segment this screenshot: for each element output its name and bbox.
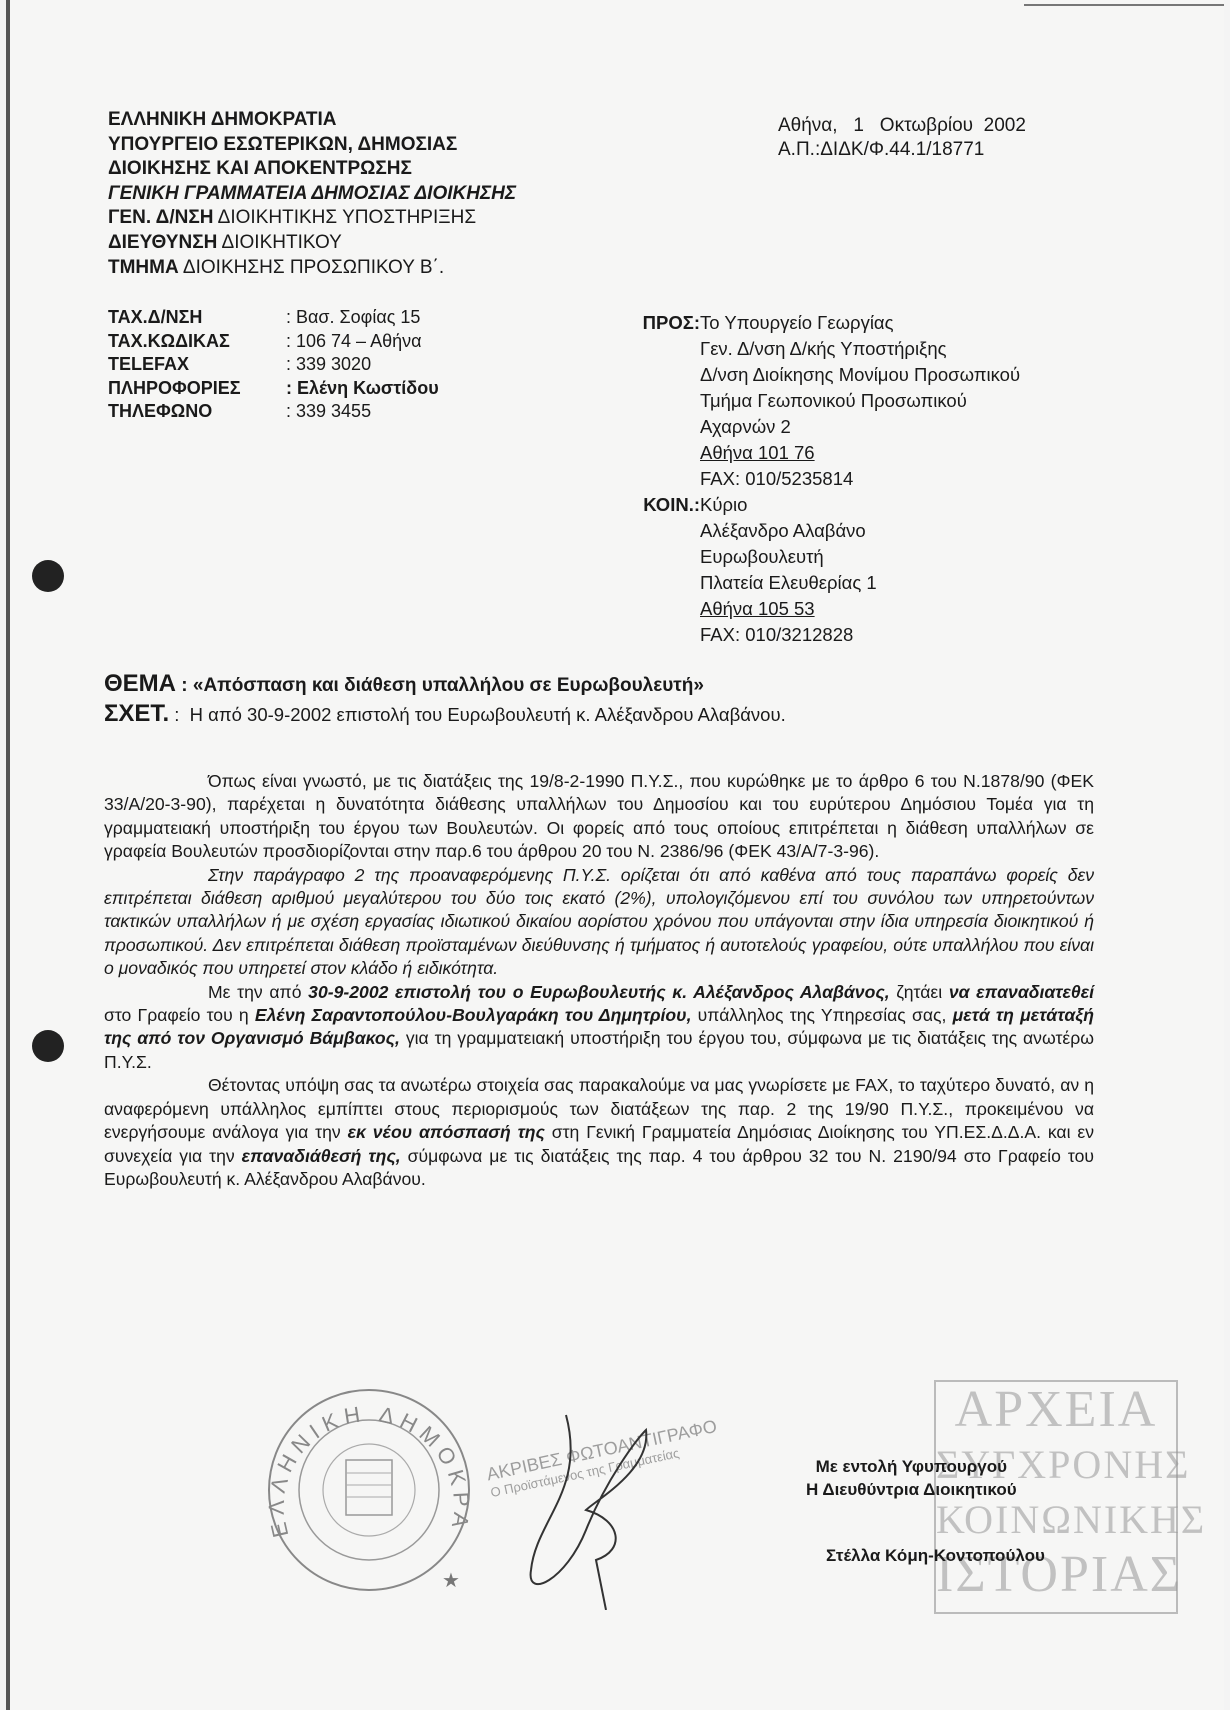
body-text: Όπως είναι γνωστό, με τις διατάξεις της … [104,771,1094,861]
signature-title: Η Διευθύντρια Διοικητικού [806,1478,1017,1501]
letterhead-line: ΔΙΟΙΚΗΣΗΣ ΚΑΙ ΑΠΟΚΕΝΤΡΩΣΗΣ [108,157,516,182]
letterhead-line: ΓΕΝ. Δ/ΝΣΗ ΔΙΟΙΚΗΤΙΚΗΣ ΥΠΟΣΤΗΡΙΞΗΣ [108,206,516,231]
body-text: στο Γραφείο του η [104,1005,255,1025]
contact-value: : 106 74 – Αθήνα [286,330,422,354]
body-text: 30-9-2002 επιστολή του ο Ευρωβουλευτής κ… [308,982,889,1002]
recipient-cc-text: Κύριο [700,492,747,518]
watermark-line: ΑΡΧΕΙΑ [936,1382,1176,1437]
contact-info: ΤΑΧ.Δ/ΝΣΗ: Βασ. Σοφίας 15ΤΑΧ.ΚΩΔΙΚΑΣ: 10… [108,306,439,424]
contact-value: : Βασ. Σοφίας 15 [286,306,420,330]
body-text: εκ νέου απόσπασή της [348,1122,545,1142]
recipient-cc-text: Πλατεία Ελευθερίας 1 [602,570,877,596]
body-text: Στην παράγραφο 2 της προαναφερόμενης Π.Υ… [104,865,1094,979]
recipient-to-text: Δ/νση Διοίκησης Μονίμου Προσωπικού [602,362,1020,388]
contact-value: : 339 3020 [286,353,371,377]
letterhead-bold: ΓΕΝ. Δ/ΝΣΗ [108,207,213,228]
official-seal-icon: ΕΛΛΗΝΙΚΗ ΔΗΜΟΚΡΑΤΙΑ ★ [264,1385,474,1595]
reference-label: ΣΧΕΤ. [104,700,169,727]
contact-row: ΤΗΛΕΦΩΝΟ: 339 3455 [108,400,439,424]
letterhead-normal: ΔΙΟΙΚΗΣΗΣ ΠΡΟΣΩΠΙΚΟΥ Β΄. [179,257,444,278]
recipient-to-text: Τμήμα Γεωπονικού Προσωπικού [602,388,967,414]
handwritten-signature-icon [526,1410,656,1610]
letterhead-line: ΓΕΝΙΚΗ ΓΡΑΜΜΑΤΕΙΑ ΔΗΜΟΣΙΑΣ ΔΙΟΙΚΗΣΗΣ [108,182,516,207]
contact-label: ΤΗΛΕΦΩΝΟ [108,400,286,424]
subject-label: ΘΕΜΑ [104,670,176,697]
contact-label: TELEFAX [108,353,286,377]
recipient-cc-text: Ευρωβουλευτή [602,544,824,570]
scan-top-edge [1024,4,1224,6]
signatory-name: Στέλλα Κόμη-Κοντοπούλου [826,1546,1045,1566]
body-paragraph: Στην παράγραφο 2 της προαναφερόμενης Π.Υ… [104,864,1094,981]
body-paragraph: Με την από 30-9-2002 επιστολή του ο Ευρω… [104,981,1094,1075]
recipient-to-line: Τμήμα Γεωπονικού Προσωπικού [602,388,1020,414]
body-paragraph: Όπως είναι γνωστό, με τις διατάξεις της … [104,770,1094,864]
recipient-to-line: ΠΡΟΣ:Το Υπουργείο Γεωργίας [602,310,1020,336]
letterhead-line: ΤΜΗΜΑ ΔΙΟΙΚΗΣΗΣ ΠΡΟΣΩΠΙΚΟΥ Β΄. [108,256,516,281]
recipient-to-text: Αχαρνών 2 [602,414,791,440]
body-text: Με την από [208,982,308,1002]
reference-sep: : [169,704,190,725]
recipient-to-text: Το Υπουργείο Γεωργίας [700,310,894,336]
recipients: ΠΡΟΣ:Το Υπουργείο ΓεωργίαςΓεν. Δ/νση Δ/κ… [602,310,1020,648]
recipient-cc-line: Ευρωβουλευτή [602,544,1020,570]
letterhead-normal: ΔΙΟΙΚΗΤΙΚΟΥ [217,232,341,253]
recipient-cc-text: Αθήνα 105 53 [602,596,815,622]
recipient-cc-line: Πλατεία Ελευθερίας 1 [602,570,1020,596]
body-text: επαναδιάθεσή της, [242,1146,401,1166]
svg-text:ΕΛΛΗΝΙΚΗ ΔΗΜΟΚΡΑΤΙΑ: ΕΛΛΗΝΙΚΗ ΔΗΜΟΚΡΑΤΙΑ [264,1385,474,1540]
body-text: ζητάει [890,982,949,1002]
letterhead-line: ΕΛΛΗΝΙΚΗ ΔΗΜΟΚΡΑΤΙΑ [108,108,516,133]
recipient-cc-label: ΚΟΙΝ.: [602,492,700,518]
punch-hole [32,1030,64,1062]
subject-sep: : [176,675,193,696]
contact-label: ΠΛΗΡΟΦΟΡΙΕΣ [108,377,286,401]
recipient-to-line: Αχαρνών 2 [602,414,1020,440]
reference-line: ΣΧΕΤ. : Η από 30-9-2002 επιστολή του Ευρ… [104,700,786,728]
letterhead-line: ΥΠΟΥΡΓΕΙΟ ΕΣΩΤΕΡΙΚΩΝ, ΔΗΜΟΣΙΑΣ [108,133,516,158]
body-text: Ελένη Σαραντοπούλου-Βουλγαράκη του Δημητ… [255,1005,692,1025]
recipient-to-line: FAX: 010/5235814 [602,466,1020,492]
contact-value: : Ελένη Κωστίδου [286,377,439,401]
letterhead-bold: ΤΜΗΜΑ [108,257,179,278]
document-page: ΕΛΛΗΝΙΚΗ ΔΗΜΟΚΡΑΤΙΑ ΥΠΟΥΡΓΕΙΟ ΕΣΩΤΕΡΙΚΩΝ… [6,0,1224,1710]
letterhead-normal: ΔΙΟΙΚΗΤΙΚΗΣ ΥΠΟΣΤΗΡΙΞΗΣ [213,207,476,228]
recipient-cc-line: Αθήνα 105 53 [602,596,1020,622]
recipient-cc-line: ΚΟΙΝ.:Κύριο [602,492,1020,518]
reference-text: Η από 30-9-2002 επιστολή του Ευρωβουλευτ… [190,704,786,725]
recipient-cc-line: Αλέξανδρο Αλαβάνο [602,518,1020,544]
signature-block: Με εντολή Υφυπουργού Η Διευθύντρια Διοικ… [806,1455,1017,1501]
body-text: υπάλληλος της Υπηρεσίας σας, [691,1005,952,1025]
recipient-cc-text: FAX: 010/3212828 [602,622,853,648]
contact-row: ΠΛΗΡΟΦΟΡΙΕΣ: Ελένη Κωστίδου [108,377,439,401]
subject-text: «Απόσπαση και διάθεση υπαλλήλου σε Ευρωβ… [193,675,704,696]
recipient-to-text: Αθήνα 101 76 [602,440,815,466]
recipient-to-line: Γεν. Δ/νση Δ/κής Υποστήριξης [602,336,1020,362]
letterhead-line: ΔΙΕΥΘΥΝΣΗ ΔΙΟΙΚΗΤΙΚΟΥ [108,231,516,256]
recipient-to-label: ΠΡΟΣ: [602,310,700,336]
contact-row: ΤΑΧ.Δ/ΝΣΗ: Βασ. Σοφίας 15 [108,306,439,330]
body-paragraph: Θέτοντας υπόψη σας τα ανωτέρω στοιχεία σ… [104,1074,1094,1191]
letter-body: Όπως είναι γνωστό, με τις διατάξεις της … [104,770,1094,1191]
contact-label: ΤΑΧ.Δ/ΝΣΗ [108,306,286,330]
svg-text:★: ★ [442,1570,460,1592]
contact-value: : 339 3455 [286,400,371,424]
letterhead-bold: ΔΙΕΥΘΥΝΣΗ [108,232,217,253]
scan-edge [6,0,10,1710]
protocol-number: Α.Π.:ΔΙΔΚ/Φ.44.1/18771 [778,138,1026,162]
subject-line: ΘΕΜΑ : «Απόσπαση και διάθεση υπαλλήλου σ… [104,670,704,698]
contact-row: TELEFAX: 339 3020 [108,353,439,377]
date-block: Αθήνα, 1 Οκτωβρίου 2002 Α.Π.:ΔΙΔΚ/Φ.44.1… [778,114,1026,162]
signature-authority: Με εντολή Υφυπουργού [806,1455,1017,1478]
recipient-to-line: Αθήνα 101 76 [602,440,1020,466]
contact-label: ΤΑΧ.ΚΩΔΙΚΑΣ [108,330,286,354]
recipient-to-text: Γεν. Δ/νση Δ/κής Υποστήριξης [602,336,947,362]
recipient-cc-line: FAX: 010/3212828 [602,622,1020,648]
body-text: να επαναδιατεθεί [949,982,1094,1002]
recipient-to-line: Δ/νση Διοίκησης Μονίμου Προσωπικού [602,362,1020,388]
punch-hole [32,560,64,592]
recipient-cc-text: Αλέξανδρο Αλαβάνο [602,518,866,544]
recipient-to-text: FAX: 010/5235814 [602,466,853,492]
letterhead: ΕΛΛΗΝΙΚΗ ΔΗΜΟΚΡΑΤΙΑ ΥΠΟΥΡΓΕΙΟ ΕΣΩΤΕΡΙΚΩΝ… [108,108,516,280]
contact-row: ΤΑΧ.ΚΩΔΙΚΑΣ: 106 74 – Αθήνα [108,330,439,354]
letter-date: Αθήνα, 1 Οκτωβρίου 2002 [778,114,1026,138]
